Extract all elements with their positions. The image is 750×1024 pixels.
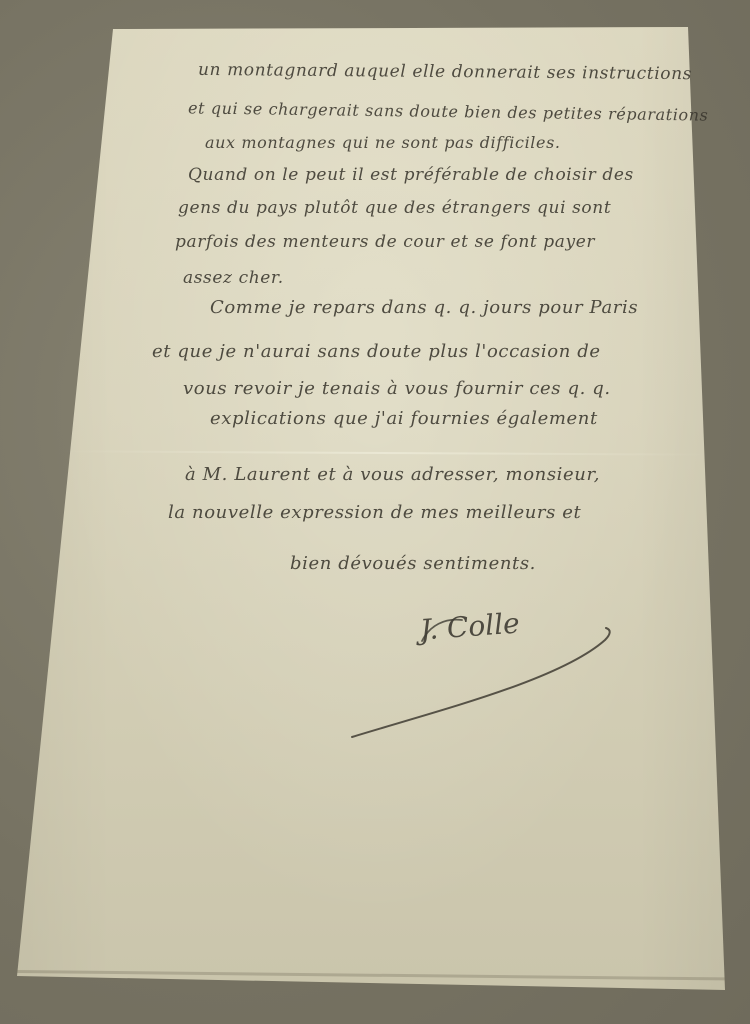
letter-line: assez cher. — [183, 268, 284, 288]
letter-line: et que je n'aurai sans doute plus l'occa… — [152, 341, 601, 362]
letter-line: gens du pays plutôt que des étrangers qu… — [178, 198, 611, 218]
letter-line: Comme je repars dans q. q. jours pour Pa… — [210, 297, 638, 318]
letter-line: explications que j'ai fournies également — [210, 408, 598, 429]
signature: J. Colle — [419, 607, 521, 647]
letter-line: aux montagnes qui ne sont pas difficiles… — [205, 133, 561, 152]
letter-line: parfois des menteurs de cour et se font … — [175, 232, 595, 252]
letter-line: vous revoir je tenais à vous fournir ces… — [183, 378, 611, 399]
letter-line: bien dévoués sentiments. — [290, 553, 536, 574]
letter-line: Quand on le peut il est préférable de ch… — [188, 165, 634, 185]
letter-line: à M. Laurent et à vous adresser, monsieu… — [185, 464, 600, 485]
letter-line: la nouvelle expression de mes meilleurs … — [168, 502, 581, 523]
